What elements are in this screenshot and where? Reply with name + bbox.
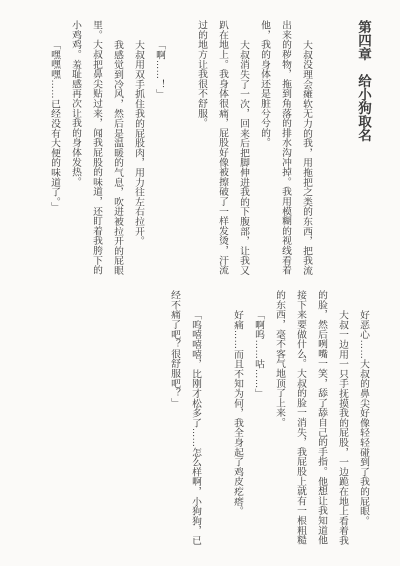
chapter-title: 第四章 给小狗取名	[352, 20, 374, 278]
text-block-bottom: 好恶心……大叔的鼻尖好像轻轻碰到了我的屁眼。大叔一边用一只手抚摸我的屁股，一边跪…	[164, 290, 374, 548]
paragraph: 「呜嘻嘻嘻，比刚才松多了……怎么样啊，小狗狗，已经不痛了吧？很舒服吧？」	[164, 290, 206, 548]
bottom-paragraphs: 好恶心……大叔的鼻尖好像轻轻碰到了我的屁眼。大叔一边用一只手抚摸我的屁股，一边跪…	[164, 290, 374, 548]
text-block-top: 第四章 给小狗取名 大叔没理会瘫软无力的我，用拖把之类的东西，把我流出来的秽物，…	[44, 20, 374, 278]
paragraph: 大叔一边用一只手抚摸我的屁股，一边跪在地上看着我的脸，然后咧嘴一笑，舔了舔自己的…	[269, 290, 353, 548]
paragraph: 大叔消失了一次，回来后把脚伸进我的下腹部，让我又趴在地上。我身体很痛，屁股好像被…	[191, 20, 254, 278]
paragraph: 好恶心……大叔的鼻尖好像轻轻碰到了我的屁眼。	[353, 290, 374, 548]
paragraph: 我感觉到冷风，然后是温暖的气息，吹进被拉开的屁眼里。大叔把鼻尖贴过来，闻我屁股的…	[65, 20, 128, 278]
top-paragraphs: 大叔没理会瘫软无力的我，用拖把之类的东西，把我流出来的秽物，拖到角落的排水沟冲掉…	[44, 20, 317, 278]
paragraph: 「啊……！」	[149, 20, 170, 278]
novel-page: 第四章 给小狗取名 大叔没理会瘫软无力的我，用拖把之类的东西，把我流出来的秽物，…	[0, 0, 400, 566]
paragraph: 「啊呜……咕……」	[248, 290, 269, 548]
paragraph: 好痛……而且不知为何，我全身起了鸡皮疙瘩。	[227, 290, 248, 548]
paragraph: 「嘿嘿嘿……已经没有大便的味道了。」	[44, 20, 65, 278]
paragraph: 大叔用双手抓住我的屁股肉，用力往左右拉开。	[128, 20, 149, 278]
paragraph: 大叔没理会瘫软无力的我，用拖把之类的东西，把我流出来的秽物，拖到角落的排水沟冲掉…	[254, 20, 317, 278]
